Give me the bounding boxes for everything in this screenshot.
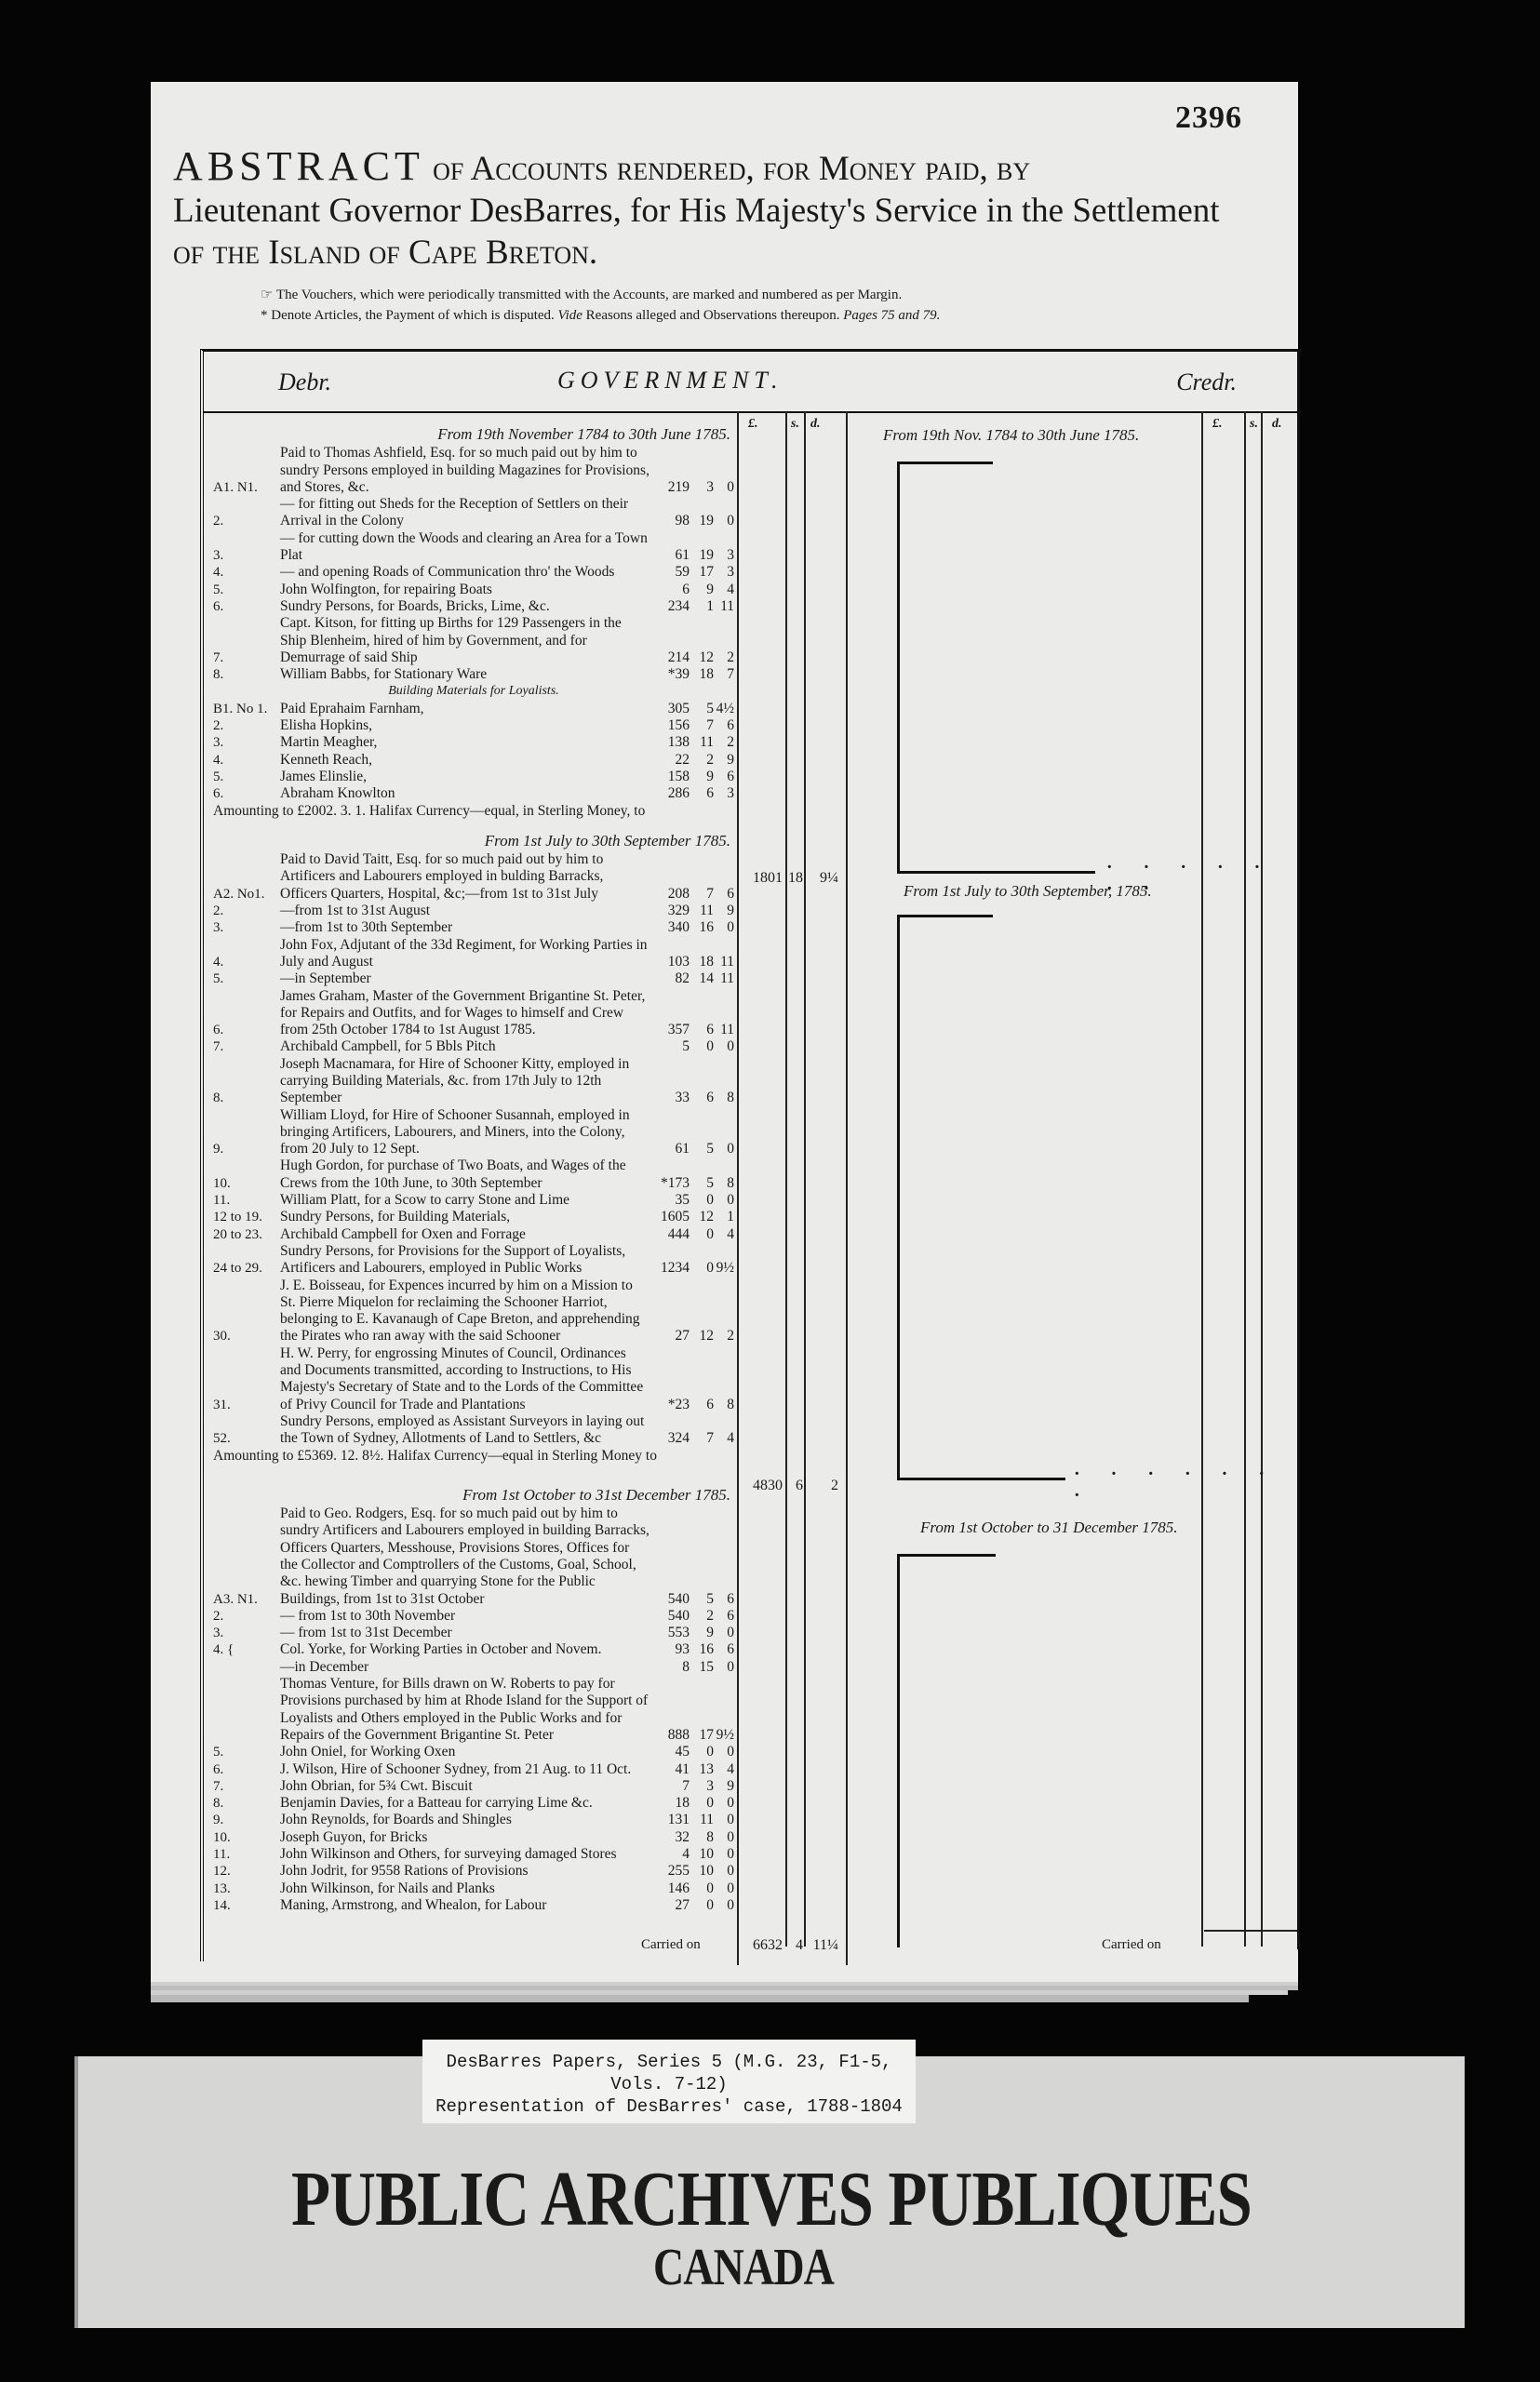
credit-bracket-rule — [900, 1478, 1065, 1480]
table-row: 12.John Jodrit, for 9558 Rations of Prov… — [213, 1863, 734, 1880]
title-line3: of the Island of Cape Breton. — [173, 234, 597, 272]
folio-number: 2396 — [1175, 100, 1242, 136]
table-row: A2. No1.Paid to David Taitt, Esq. for so… — [213, 851, 734, 903]
table-row: 2.—from 1st to 31st August329119 — [213, 903, 734, 919]
table-row: 31.H. W. Perry, for engrossing Minutes o… — [213, 1345, 734, 1413]
table-row: Thomas Venture, for Bills drawn on W. Ro… — [213, 1676, 734, 1744]
column-rule — [1244, 411, 1246, 1947]
credit-dotted-rule: · · · · · · · — [1074, 1464, 1302, 1506]
table-right-border — [1297, 349, 1300, 1949]
table-row: 52.Sundry Persons, employed as Assistant… — [213, 1413, 734, 1448]
table-row: 11.John Wilkinson and Others, for survey… — [213, 1846, 734, 1863]
section-heading: From 1st July to 30th September 1785. — [213, 833, 734, 850]
credit-pence-header: d. — [1272, 417, 1282, 432]
pence-column-header: d. — [810, 417, 821, 432]
table-row: 6.Abraham Knowlton28663 — [213, 785, 734, 802]
debit-entries: From 19th November 1784 to 30th June 178… — [213, 421, 734, 1914]
archive-tag: DesBarres Papers, Series 5 (M.G. 23, F1-… — [422, 2040, 916, 2123]
table-row: 3.— from 1st to 31st December55390 — [213, 1625, 734, 1641]
table-row: 10.Hugh Gordon, for purchase of Two Boat… — [213, 1158, 734, 1192]
table-row: —in December8150 — [213, 1659, 734, 1676]
table-row: 7.Capt. Kitson, for fitting up Births fo… — [213, 615, 734, 666]
credit-label: Credr. — [1176, 368, 1237, 396]
table-row: 9.John Reynolds, for Boards and Shingles… — [213, 1812, 734, 1828]
table-row: 10.Joseph Guyon, for Bricks3280 — [213, 1829, 734, 1846]
table-row: 5.—in September821411 — [213, 970, 734, 987]
table-row: 4.— and opening Roads of Communication t… — [213, 564, 734, 581]
table-row: 9.William Lloyd, for Hire of Schooner Su… — [213, 1107, 734, 1158]
title-line1: of Accounts rendered, for Money paid, by — [433, 150, 1030, 188]
amounting-line: Amounting to £5369. 12. 8½. Halifax Curr… — [213, 1448, 734, 1465]
table-row: 8.William Babbs, for Stationary Ware*391… — [213, 666, 734, 683]
subheading: Building Materials for Loyalists. — [213, 683, 734, 700]
credit-carried-rule — [1204, 1930, 1297, 1932]
column-rule — [1261, 411, 1263, 1947]
section-total: 483062 — [742, 1478, 838, 1494]
table-row: 3.—from 1st to 30th September340160 — [213, 919, 734, 936]
table-row: 24 to 29.Sundry Persons, for Provisions … — [213, 1243, 734, 1278]
table-row: 2.— for fitting out Sheds for the Recept… — [213, 496, 734, 530]
table-row: 8.Joseph Macnamara, for Hire of Schooner… — [213, 1056, 734, 1107]
section-heading: From 19th November 1784 to 30th June 178… — [213, 426, 734, 443]
document-title: ABSTRACT of Accounts rendered, for Money… — [173, 145, 1290, 274]
tag-line-1: DesBarres Papers, Series 5 (M.G. 23, F1-… — [422, 2051, 916, 2095]
voucher-note: ☞ The Vouchers, which were periodically … — [261, 285, 940, 305]
column-rule — [846, 411, 848, 1965]
title-lead: ABSTRACT — [173, 143, 424, 189]
table-row: 6.J. Wilson, Hire of Schooner Sydney, fr… — [213, 1761, 734, 1778]
table-row: 12 to 19.Sundry Persons, for Building Ma… — [213, 1209, 734, 1225]
column-rule — [1201, 411, 1203, 1947]
table-row: 5.John Oniel, for Working Oxen4500 — [213, 1744, 734, 1760]
carried-on-label: Carried on — [641, 1937, 701, 1953]
table-row: 4.John Fox, Adjutant of the 33d Regiment… — [213, 937, 734, 971]
credit-bracket — [897, 1554, 996, 1947]
section-total: 1801189¼ — [742, 870, 838, 887]
carried-on-total: 6632411¼ — [742, 1937, 838, 1954]
disputed-note: * Denote Articles, the Payment of which … — [261, 305, 940, 326]
amounting-line: Amounting to £2002. 3. 1. Halifax Curren… — [213, 803, 734, 820]
table-row: 4.Kenneth Reach,2229 — [213, 752, 734, 769]
title-line2: Lieutenant Governor DesBarres, for His M… — [173, 192, 1220, 230]
tag-line-2: Representation of DesBarres' case, 1788-… — [422, 2095, 916, 2118]
column-rule — [804, 411, 806, 1947]
table-row: 30.J. E. Boisseau, for Expences incurred… — [213, 1278, 734, 1345]
table-row: 14.Maning, Armstrong, and Whealon, for L… — [213, 1897, 734, 1914]
table-row: 6.Sundry Persons, for Boards, Bricks, Li… — [213, 598, 734, 615]
shilling-column-header: s. — [791, 417, 799, 432]
credit-bracket — [897, 915, 993, 1480]
table-row: 6.James Graham, Master of the Government… — [213, 988, 734, 1039]
column-rule — [737, 411, 739, 1965]
table-row: A3. N1.Paid to Geo. Rodgers, Esq. for so… — [213, 1505, 734, 1608]
credit-section-heading: From 1st July to 30th September, 1785. — [904, 882, 1152, 901]
table-row: 13.John Wilkinson, for Nails and Planks1… — [213, 1880, 734, 1897]
table-row: A1. N1.Paid to Thomas Ashfield, Esq. for… — [213, 445, 734, 496]
table-row: 2.Elisha Hopkins,15676 — [213, 717, 734, 734]
credit-carried-on-label: Carried on — [1102, 1937, 1161, 1953]
column-rule — [785, 411, 787, 1947]
table-row: B1. No 1.Paid Eprahaim Farnham,30554½ — [213, 701, 734, 717]
table-row: 3.— for cutting down the Woods and clear… — [213, 530, 734, 565]
table-row: 5.James Elinslie,15896 — [213, 769, 734, 785]
archive-subheading: CANADA — [153, 2238, 1335, 2297]
table-row: 11.William Platt, for a Scow to carry St… — [213, 1192, 734, 1209]
archive-heading: PUBLIC ARCHIVES PUBLIQUES — [203, 2154, 1340, 2244]
table-row: 4. {Col. Yorke, for Working Parties in O… — [213, 1641, 734, 1658]
table-row: 2.— from 1st to 30th November54026 — [213, 1608, 734, 1625]
table-row: 20 to 23.Archibald Campbell for Oxen and… — [213, 1226, 734, 1243]
table-row: 7.Archibald Campbell, for 5 Bbls Pitch50… — [213, 1038, 734, 1055]
credit-section-heading: From 1st October to 31 December 1785. — [920, 1519, 1178, 1537]
document-page: 2396 ABSTRACT of Accounts rendered, for … — [151, 82, 1298, 1982]
table-row: 5.John Wolfington, for repairing Boats69… — [213, 582, 734, 598]
government-label: GOVERNMENT. — [557, 367, 783, 395]
credit-shilling-header: s. — [1250, 417, 1258, 432]
table-row: 8.Benjamin Davies, for a Batteau for car… — [213, 1795, 734, 1812]
table-row: 7.John Obrian, for 5¾ Cwt. Biscuit739 — [213, 1778, 734, 1795]
table-header: Debr. GOVERNMENT. Credr. — [204, 352, 1302, 413]
archive-label-card: DesBarres Papers, Series 5 (M.G. 23, F1-… — [74, 2056, 1465, 2328]
section-heading: From 1st October to 31st December 1785. — [213, 1487, 734, 1504]
credit-section-heading: From 19th Nov. 1784 to 30th June 1785. — [883, 426, 1139, 445]
credit-pound-header: £. — [1212, 417, 1223, 432]
debit-label: Debr. — [278, 368, 331, 396]
accounts-table: Debr. GOVERNMENT. Credr. £. s. d. £. s. … — [200, 349, 1302, 1961]
pound-column-header: £. — [748, 417, 758, 432]
notes: ☞ The Vouchers, which were periodically … — [261, 285, 940, 326]
table-row: 3.Martin Meagher,138112 — [213, 734, 734, 751]
credit-bracket-rule — [900, 871, 1095, 874]
credit-bracket — [897, 462, 993, 874]
